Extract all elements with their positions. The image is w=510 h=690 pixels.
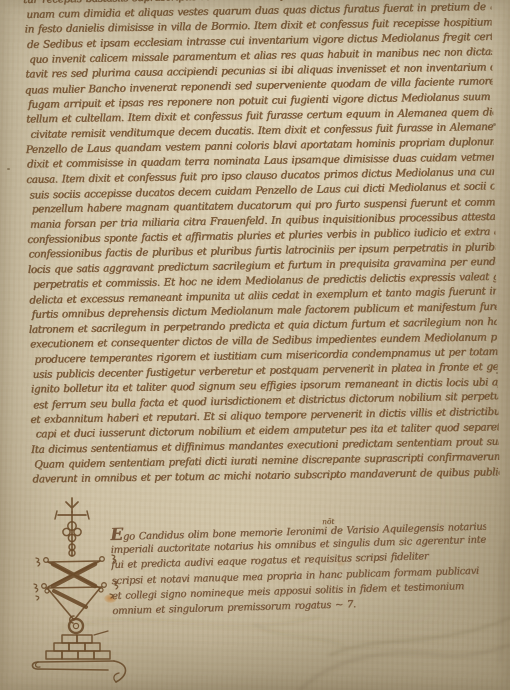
notary-subscription-block: Ego Candidus olim bone memorie Ieronimi … <box>110 518 488 620</box>
inverted-triangle-icon <box>36 588 113 623</box>
scroll-base-icon <box>32 661 125 682</box>
interlinear-insertion: nõt <box>322 517 335 526</box>
double-bowtie-x-icon <box>34 555 118 592</box>
manuscript-page: tur receptis bastasiis suprascriptis reb… <box>0 0 510 690</box>
main-text-block: tur receptis bastasiis suprascriptis reb… <box>23 0 500 488</box>
speck <box>7 168 10 170</box>
ring-icon <box>69 619 83 633</box>
brick-pedestal-icon <box>46 631 110 659</box>
speck <box>493 123 496 126</box>
